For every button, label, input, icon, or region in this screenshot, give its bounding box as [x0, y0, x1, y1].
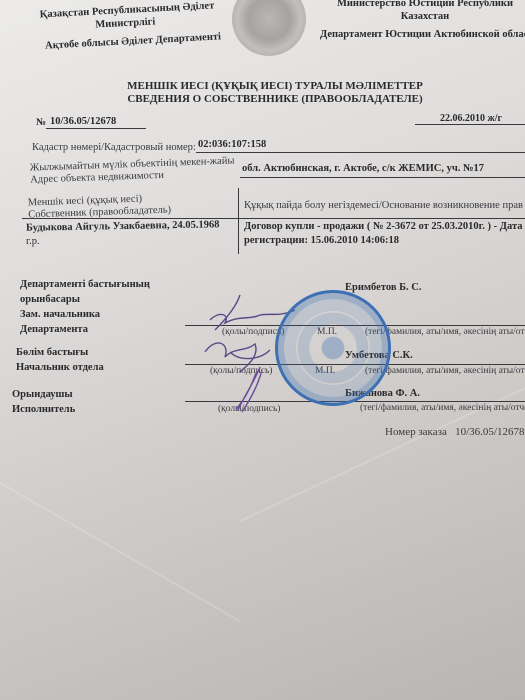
underline: [415, 124, 525, 125]
state-emblem-icon: [232, 0, 306, 56]
header-right-ministry: Министерство Юстиции Республики Казахста…: [335, 0, 515, 23]
doc-number-prefix: №: [36, 117, 46, 128]
document-title: МЕНШІК ИЕСІ (ҚҰҚЫҚ ИЕСІ) ТУРАЛЫ МӘЛІМЕТТ…: [110, 80, 440, 106]
role-line: Начальник отдела: [16, 360, 104, 375]
order-label: Номер заказа: [385, 426, 447, 438]
basis-value-line1: Договор купли - продажи ( № 2-3672 от 25…: [244, 221, 523, 232]
role-line: Департаменті бастығының: [20, 277, 150, 292]
title-ru: СВЕДЕНИЯ О СОБСТВЕННИКЕ (ПРАВООБЛАДАТЕЛЕ…: [110, 93, 440, 106]
table-column-divider: [238, 188, 239, 254]
signatory-name-1: Еримбетов Б. С.: [345, 282, 422, 293]
signatory-role-3: Орындаушы Исполнитель: [12, 387, 75, 417]
doc-date: 22.06.2010 ж/г: [440, 113, 502, 124]
table-divider: [22, 218, 525, 219]
role-line: Орындаушы: [12, 387, 75, 402]
role-line: Зам. начальника: [20, 307, 150, 322]
role-line: Бөлім бастығы: [16, 345, 104, 360]
signatory-role-1: Департаменті бастығының орынбасары Зам. …: [20, 277, 150, 337]
signatory-role-2: Бөлім бастығы Начальник отдела: [16, 345, 104, 375]
signature-scribble-icon: [230, 365, 270, 415]
property-address: обл. Актюбинская, г. Актобе, с/к ЖЕМИС, …: [242, 163, 484, 174]
header-right-line1: Министерство Юстиции Республики: [335, 0, 515, 10]
cadastral-number: 02:036:107:158: [198, 139, 266, 150]
basis-header: Құқық пайда болу негіздемесі/Основание в…: [244, 200, 523, 212]
role-line: орынбасары: [20, 292, 150, 307]
official-stamp-icon: [275, 290, 391, 406]
owner-name-suffix: г.р.: [26, 236, 40, 247]
basis-value-line2: регистрации: 15.06.2010 14:06:18: [244, 235, 399, 246]
paper-crease: [0, 470, 240, 622]
order-value: 10/36.05/12678: [455, 426, 524, 438]
name-caption-2: (тегі/фамилия, аты/имя, әкесінің аты/отч…: [365, 366, 525, 376]
header-right-dept: Департамент Юстиции Актюбинской области: [320, 28, 525, 41]
underline: [46, 128, 146, 129]
role-line: Исполнитель: [12, 402, 75, 417]
cadastral-label: Кадастр нөмері/Кадастровый номер:: [32, 142, 196, 154]
header-right-line2: Казахстан: [335, 10, 515, 23]
role-line: Департамента: [20, 322, 150, 337]
address-label: Жылжымайтын мүлік объектінің мекен-жайы …: [30, 155, 235, 186]
underline: [240, 177, 525, 178]
owner-name: Будыкова Айгуль Узакбаевна, 24.05.1968: [26, 219, 220, 233]
document-page: Қазақстан Республикасының Әділет Министр…: [0, 0, 525, 700]
doc-number: 10/36.05/12678: [50, 116, 116, 127]
name-caption-3: (тегі/фамилия, аты/имя, әкесінің аты/отч…: [360, 403, 525, 413]
header-left-dept: Ақтөбе облысы Әділет Департаменті: [45, 30, 222, 52]
underline: [196, 152, 525, 153]
title-kz: МЕНШІК ИЕСІ (ҚҰҚЫҚ ИЕСІ) ТУРАЛЫ МӘЛІМЕТТ…: [110, 80, 440, 93]
order-number: Номер заказа 10/36.05/12678: [385, 426, 524, 438]
header-left-ministry: Қазақстан Республикасының Әділет Министр…: [39, 0, 210, 34]
